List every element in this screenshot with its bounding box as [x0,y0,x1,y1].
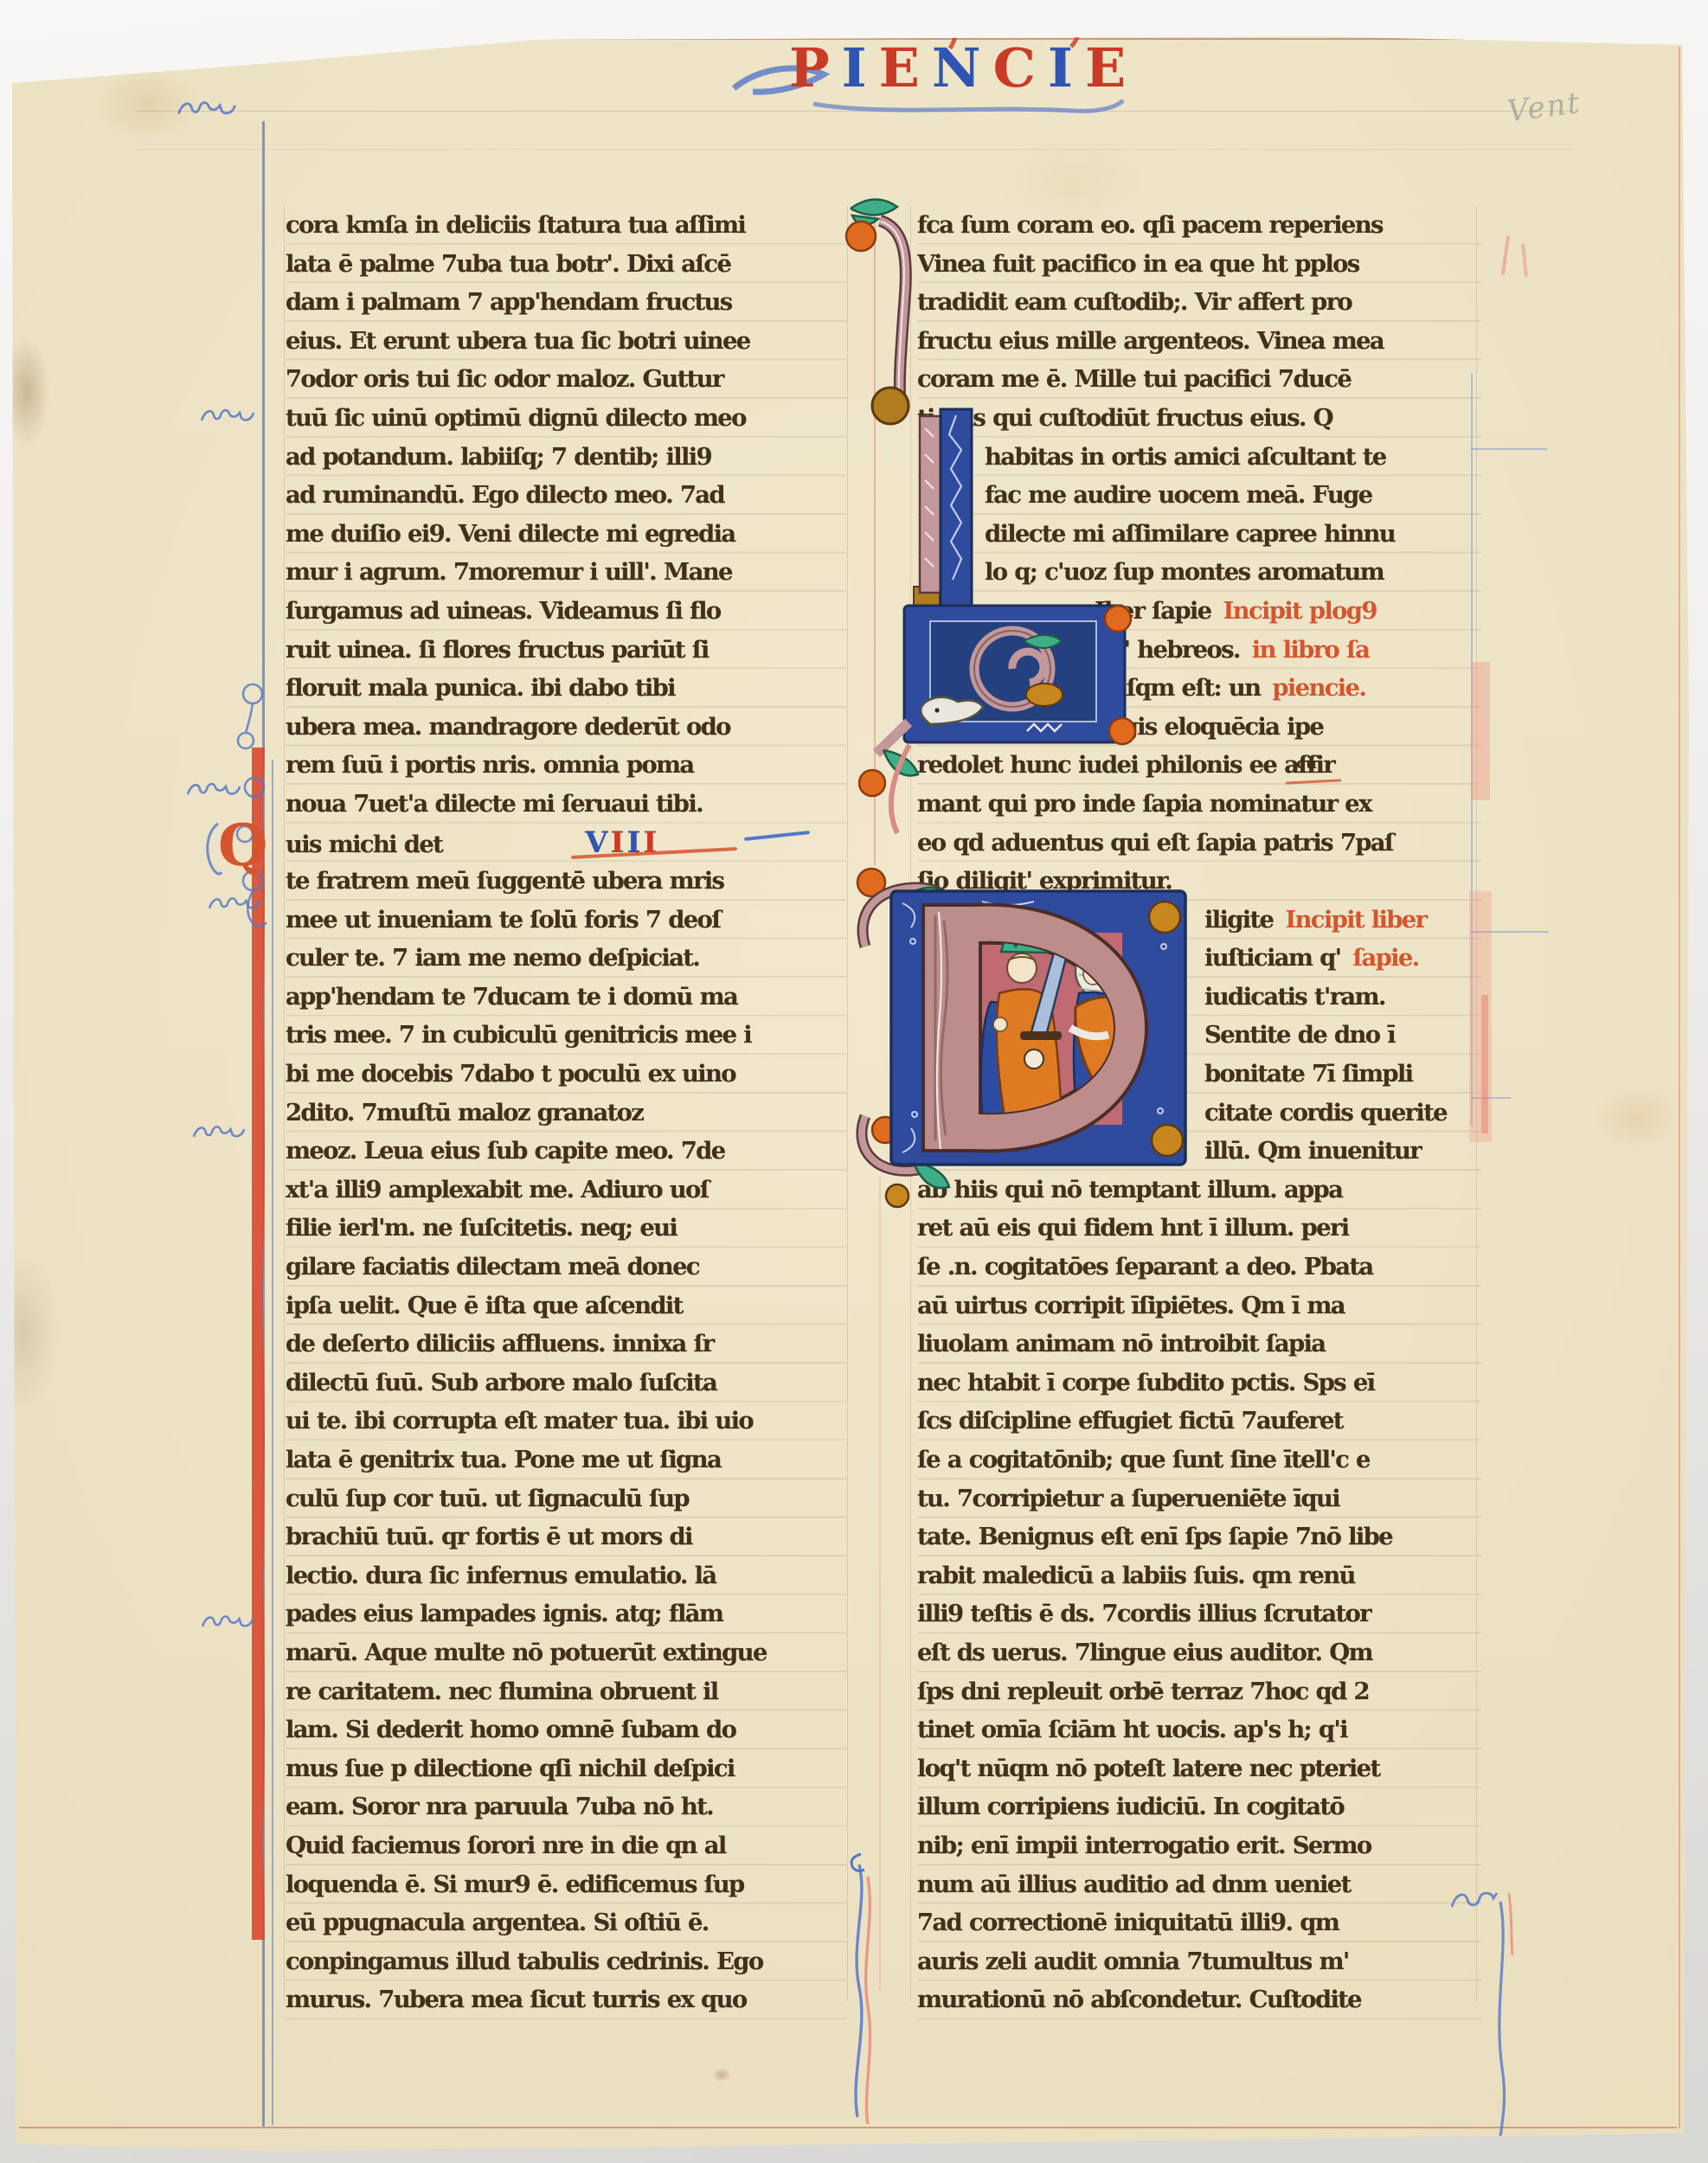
manuscript-line: ubera mea. mandragore dederūt odo [286,708,846,747]
manuscript-line: ruit uinea. ſi flores fructus pariūt ſi [286,631,846,670]
line-text: lata ē genitrix tua. Pone me ut ſigna [286,1446,721,1473]
manuscript-line: eſt ds uerus. 7lingue eius auditor. Qm [917,1633,1481,1672]
page-backdrop: P I E N C I E Vent [0,0,1708,2163]
running-title-letter: N [932,36,983,99]
rubric-text: piencie. [1272,674,1365,702]
line-text: filie ierl'm. ne ſuſcitetis. neq; eui [286,1214,677,1242]
manuscript-line: de deſerto diliciis affluens. innixa ſr [286,1325,846,1364]
right-margin-stain [1471,662,1490,800]
line-text: gilare faciatis dilectam meā donec [286,1253,699,1280]
manuscript-line: murus. 7ubera mea ſicut turris ex quo [286,1980,846,2019]
line-text: nib; enī impii interrogatio erit. Sermo [917,1832,1371,1859]
manuscript-line: murationū nō abſcondetur. Cuſtodite [917,1980,1481,2019]
manuscript-line: tinet omīa ſciām ht uocis. ap's h; q'i [917,1711,1481,1749]
manuscript-line: mus ſue p dilectione qſi nichil deſpici [286,1749,846,1788]
line-text: rem ſuū i portis nris. omnia poma [286,751,694,779]
line-text: me duiſio ei9. Veni dilecte mi egredia [286,520,735,548]
line-text: re caritatem. nec flumina obruent il [286,1678,718,1705]
running-title: P I E N C I E [789,36,1127,99]
line-text: 2dito. 7muſtū maloz granatoz [286,1099,643,1126]
manuscript-line: tate. Benignus eſt enī ſps ſapie 7nō lib… [917,1518,1481,1556]
line-text: dilectū ſuū. Sub arbore malo ſuſcita [286,1369,716,1396]
manuscript-line: re caritatem. nec flumina obruent il [286,1672,846,1711]
line-text: illum corripiens iudiciū. In cogitatō [917,1793,1344,1820]
manuscript-line: lata ē genitrix tua. Pone me ut ſigna [286,1441,846,1479]
rubric-text: in libro ſa [1252,636,1370,664]
line-text: de deſerto diliciis affluens. innixa ſr [286,1330,713,1357]
column-ruling [284,206,285,2001]
line-text: Quid faciemus ſorori nre in die qn al [286,1832,726,1859]
manuscript-line: lata ē palme 7uba tua botr'. Dixi aſcē [286,245,846,284]
line-text: eius. Et erunt ubera tua ſic botri uinee [286,327,750,355]
line-text: noua 7uet'a dilecte mi ſeruaui tibi. [286,790,703,818]
manuscript-line: gilare faciatis dilectam meā donec [286,1248,846,1287]
manuscript-line: me duiſio ei9. Veni dilecte mi egredia [286,515,846,554]
penwork-squiggle [192,1121,246,1142]
line-text: rabit maledicū a labiis ſuis. qm renū [917,1562,1355,1589]
manuscript-line: dam i palmam 7 app'hendam fructus [286,283,846,322]
line-text: murus. 7ubera mea ſicut turris ex quo [286,1986,747,2013]
line-text: ad ruminandū. Ego dilecto meo. 7ad [286,481,724,509]
manuscript-line: illum corripiens iudiciū. In cogitatō [917,1788,1481,1826]
manuscript-line: tris mee. 7 in cubiculū genitricis mee i [286,1016,846,1055]
left-margin-penwork-line [272,760,273,2125]
manuscript-line: te fratrem meū ſuggentē ubera mris [286,862,846,901]
line-text: uis michi det [286,831,442,858]
line-text: nec htabit ī corpe ſubdito pctis. Sps eī [917,1369,1374,1396]
manuscript-line: app'hendam te 7ducam te i domū ma [286,978,846,1017]
line-text: tuū ſic uinū optimū dignū dilecto meo [286,404,746,432]
running-title-letter: I [842,36,869,99]
manuscript-line: ſe .n. cogitatōes ſeparant a deo. Pbata [917,1248,1481,1287]
running-title-letter: C [993,36,1037,99]
line-text: citate cordis querite [1204,1099,1447,1126]
interlinear-correction: cū [1296,754,1317,773]
manuscript-line: noua 7uet'a dilecte mi ſeruaui tibi. [286,785,846,824]
manuscript-line: conpingamus illud tabulis cedrinis. Ego [286,1942,846,1981]
line-text: loq't nūqm nō poteſt latere nec pteriet [917,1755,1379,1782]
line-text: ui te. ibi corrupta eſt mater tua. ibi u… [286,1407,753,1435]
line-text: mur i agrum. 7moremur i uill'. Mane [286,558,732,586]
manuscript-line: cora kmſa in deliciis ſtatura tua aſſimi [286,206,846,245]
line-text: cora kmſa in deliciis ſtatura tua aſſimi [286,211,745,239]
line-text: 7ad correctionē iniquitatū illi9. qm [917,1909,1339,1936]
line-text: illū. Qm inuenitur [1204,1137,1421,1165]
manuscript-line: ad ruminandū. Ego dilecto meo. 7ad [286,476,846,515]
line-text: bi me docebis 7dabo t poculū ex uino [286,1060,735,1088]
line-text: murationū nō abſcondetur. Cuſtodite [917,1986,1361,2013]
line-text: lam. Si dederit homo omnē ſubam do [286,1716,735,1743]
penwork-squiggle [199,405,256,426]
line-text: marū. Aque multe nō potuerūt extingue [286,1639,767,1666]
manuscript-line: rem ſuū i portis nris. omnia poma [286,746,846,785]
line-text: tate. Benignus eſt enī ſps ſapie 7nō lib… [917,1523,1392,1550]
manuscript-line: lam. Si dederit homo omnē ſubam do [286,1711,846,1749]
manuscript-line: eū ppugnacula argentea. Si oſtiū ē. [286,1903,846,1942]
right-margin-bottom-flourish [1447,1886,1533,2154]
line-text: conpingamus illud tabulis cedrinis. Ego [286,1948,762,1975]
manuscript-line: aū uirtus corripit īſipiētes. Qm ī ma [917,1287,1481,1325]
gutter-flourish [844,1847,887,2141]
line-text: num aū illius auditio ad dnm ueniet [917,1871,1351,1898]
initial-d [852,863,1198,1244]
line-text: illi9 teſtis ē ds. 7cordis illius ſcruta… [917,1600,1371,1627]
line-text: culū ſup cor tuū. ut ſignaculū ſup [286,1485,689,1512]
line-text: mus ſue p dilectione qſi nichil deſpici [286,1755,735,1782]
line-text: ſcs diſcipline effugiet fictū 7auferet [917,1407,1343,1435]
line-text: dam i palmam 7 app'hendam fructus [286,288,732,316]
manuscript-line: dilectū ſuū. Sub arbore malo ſuſcita [286,1364,846,1402]
manuscript-line: auris zeli audit omnia 7tumultus m' [917,1942,1481,1981]
manuscript-line: tuū ſic uinū optimū dignū dilecto meo [286,399,846,438]
manuscript-line: ſps dni repleuit orbē terraz 7hoc qd 2 [917,1672,1481,1711]
manuscript-line: marū. Aque multe nō potuerūt extingue [286,1633,846,1672]
manuscript-line: eam. Soror nra paruula 7uba nō ht. [286,1788,846,1826]
manuscript-line: brachiū tuū. qr fortis ē ut mors di [286,1518,846,1556]
line-text: iligite [1204,906,1273,934]
manuscript-line: ad potandum. labiiſq; 7 dentib; illi9 [286,438,846,477]
manuscript-line: nib; enī impii interrogatio erit. Sermo [917,1826,1481,1865]
right-margin-stain [1481,995,1488,1133]
line-text: lectio. dura ſic infernus emulatio. lā [286,1562,716,1589]
line-text: liuolam animam nō introibit ſapia [917,1330,1325,1357]
manuscript-line: culū ſup cor tuū. ut ſignaculū ſup [286,1479,846,1518]
manuscript-line: bi me docebis 7dabo t poculū ex uino [286,1055,846,1094]
line-text: iudicatis t'ram. [1204,983,1385,1011]
line-text: 7odor oris tui ſic odor maloz. Guttur [286,365,723,393]
penwork-squiggle [177,97,237,119]
line-text: tu. 7corripietur a ſuperueniēte īqui [917,1485,1339,1512]
line-text: loquenda ē. Si mur9 ē. edificemus ſup [286,1871,744,1898]
line-text: floruit mala punica. ibi dabo tibi [286,674,675,702]
right-margin-red-mark [1521,244,1528,277]
rubric-text: ſapie. [1352,944,1418,972]
right-margin-stain [1469,891,1492,1142]
manuscript-line: tu. 7corripietur a ſuperueniēte īqui [917,1479,1481,1518]
line-text: ſe .n. cogitatōes ſeparant a deo. Pbata [917,1253,1373,1280]
line-text: eū ppugnacula argentea. Si oſtiū ē. [286,1909,709,1936]
manuscript-line: lectio. dura ſic infernus emulatio. lā [286,1556,846,1595]
manuscript-line: ſe a cogitatōnib; que ſunt ſine ītell'c … [917,1441,1481,1479]
manuscript-line: illi9 teſtis ē ds. 7cordis illius ſcruta… [917,1595,1481,1633]
manuscript-line: ui te. ibi corrupta eſt mater tua. ibi u… [286,1402,846,1441]
initial-q: Q [218,812,268,879]
line-text: xt'a illi9 amplexabit me. Adiuro uoſ [286,1176,709,1203]
line-text: Sentite de dno ī [1204,1021,1395,1049]
line-text: aū uirtus corripit īſipiētes. Qm ī ma [917,1292,1345,1319]
initial-q-penwork [201,820,223,881]
manuscript-line: 7ad correctionē iniquitatū illi9. qm [917,1903,1481,1942]
line-text: ſps dni repleuit orbē terraz 7hoc qd 2 [917,1678,1369,1705]
line-text: tris mee. 7 in cubiculū genitricis mee i [286,1021,751,1049]
leaf-right-edge-line [1679,47,1680,2128]
line-text: culer te. 7 iam me nemo deſpiciat. [286,944,699,972]
manuscript-line: ipſa uelit. Que ē iſta que aſcendit [286,1287,846,1325]
line-text: iuſticiam q' [1204,944,1340,972]
manuscript-line: culer te. 7 iam me nemo deſpiciat. [286,939,846,978]
line-text: lata ē palme 7uba tua botr'. Dixi aſcē [286,250,730,278]
line-text: mee ut inueniam te ſolū foris 7 deoſ [286,906,720,934]
manuscript-line: xt'a illi9 amplexabit me. Adiuro uoſ [286,1171,846,1210]
penwork-squiggle [201,1611,254,1632]
manuscript-line: filie ierl'm. ne ſuſcitetis. neq; eui [286,1209,846,1248]
line-text: app'hendam te 7ducam te i domū ma [286,983,737,1011]
manuscript-line: 2dito. 7muſtū maloz granatoz [286,1094,846,1133]
manuscript-line: mee ut inueniam te ſolū foris 7 deoſ [286,901,846,940]
running-title-letter: E [879,36,921,99]
line-text: auris zeli audit omnia 7tumultus m' [917,1948,1349,1975]
line-text: ruit uinea. ſi flores fructus pariūt ſi [286,636,709,664]
line-text: eam. Soror nra paruula 7uba nō ht. [286,1793,713,1820]
manuscript-line: pades eius lampades ignis. atq; flām [286,1595,846,1633]
line-text: pades eius lampades ignis. atq; flām [286,1600,722,1627]
running-title-letter: E [1085,36,1127,99]
line-text: tinet omīa ſciām ht uocis. ap's h; q'i [917,1716,1347,1743]
rubric-text: Incipit liber [1285,906,1426,934]
manuscript-line: eius. Et erunt ubera tua ſic botri uinee [286,322,846,361]
rubric-text: Incipit plog9 [1223,597,1376,625]
manuscript-line: liuolam animam nō introibit ſapia [917,1325,1481,1364]
line-text: eſt ds uerus. 7lingue eius auditor. Qm [917,1639,1372,1666]
left-text-column: cora kmſa in deliciis ſtatura tua aſſimi… [286,206,846,2019]
pencil-inscription: Vent [1506,86,1583,129]
line-text: ad potandum. labiiſq; 7 dentib; illi9 [286,443,711,471]
manuscript-line: mur i agrum. 7moremur i uill'. Mane [286,553,846,592]
manuscript-leaf: P I E N C I E Vent [0,0,1708,2163]
right-margin-red-mark [1501,235,1510,275]
manuscript-line: loquenda ē. Si mur9 ē. edificemus ſup [286,1865,846,1904]
initial-l [826,125,1138,852]
manuscript-line: loq't nūqm nō poteſt latere nec pteriet [917,1749,1481,1788]
manuscript-line: Quid faciemus ſorori nre in die qn al [286,1826,846,1865]
line-text: meoz. Leua eius ſub capite meo. 7de [286,1137,725,1165]
manuscript-line: ſurgamus ad uineas. Videamus ſi flo [286,592,846,631]
line-text: bonitate 7ī ſimpli [1204,1060,1412,1088]
manuscript-line: ſcs diſcipline effugiet fictū 7auferet [917,1402,1481,1441]
line-text: ipſa uelit. Que ē iſta que aſcendit [286,1292,683,1319]
manuscript-line: nec htabit ī corpe ſubdito pctis. Sps eī [917,1364,1481,1402]
running-title-letter: I [1048,36,1075,99]
manuscript-line: floruit mala punica. ibi dabo tibi [286,669,846,708]
manuscript-line: num aū illius auditio ad dnm ueniet [917,1865,1481,1904]
manuscript-line: uis michi detVIII [286,824,846,863]
line-text: ſe a cogitatōnib; que ſunt ſine ītell'c … [917,1446,1370,1473]
manuscript-line: meoz. Leua eius ſub capite meo. 7de [286,1132,846,1171]
right-margin-tick [1471,448,1547,450]
line-text: te fratrem meū ſuggentē ubera mris [286,867,723,895]
manuscript-line: rabit maledicū a labiis ſuis. qm renū [917,1556,1481,1595]
line-text: brachiū tuū. qr fortis ē ut mors di [286,1523,692,1550]
manuscript-line: 7odor oris tui ſic odor maloz. Guttur [286,360,846,399]
running-title-letter: P [789,36,832,99]
line-text: ubera mea. mandragore dederūt odo [286,713,730,741]
line-text: ſurgamus ad uineas. Videamus ſi flo [286,597,720,625]
